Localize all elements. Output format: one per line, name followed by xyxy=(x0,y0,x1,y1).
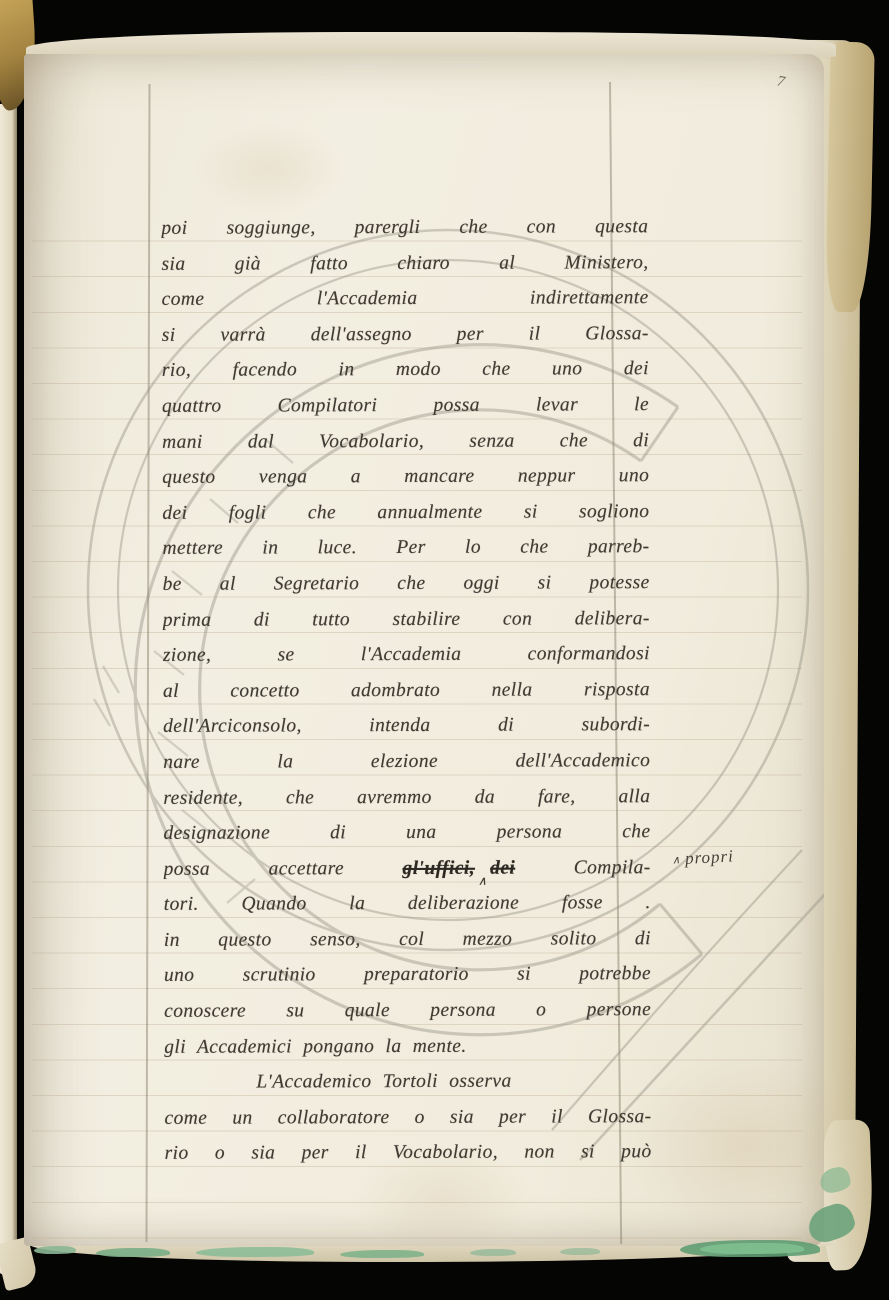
manuscript-page: 7 poi soggiunge, parergli che con questa… xyxy=(24,54,824,1246)
manuscript-line: quattro Compilatori possa levar le xyxy=(162,387,649,424)
manuscript-line: dell'Arciconsolo, intenda di subordi- xyxy=(163,707,650,744)
manuscript-line: si varrà dell'assegno per il Glossa- xyxy=(162,316,649,353)
manuscript-line: poi soggiunge, parergli che con questa xyxy=(161,209,648,246)
manuscript-text: possa accettare xyxy=(164,858,403,880)
underlying-pages-edge xyxy=(825,42,875,313)
manuscript-line: rio o sia per il Vocabolario, non si può xyxy=(165,1135,652,1172)
manuscript-line: in questo senso, col mezzo solito di xyxy=(164,921,651,958)
manuscript-line: zione, se l'Accademia conformandosi xyxy=(163,636,650,673)
insertion-caret-icon: ∧ xyxy=(478,863,487,887)
manuscript-line: tori. Quando la deliberazione fosse . xyxy=(164,885,651,922)
manuscript-line: gli Accademici pongano la mente. xyxy=(164,1028,651,1065)
manuscript-scan: 7 poi soggiunge, parergli che con questa… xyxy=(0,0,889,1300)
manuscript-line: nare la elezione dell'Accademico xyxy=(163,743,650,780)
manuscript-line: rio, facendo in modo che uno dei xyxy=(162,352,649,389)
manuscript-line: mani dal Vocabolario, senza che di xyxy=(162,423,649,460)
manuscript-line: conoscere su quale persona o persone xyxy=(164,992,651,1029)
insertion-caret-icon: ∧ xyxy=(672,854,681,866)
underlying-pages-edge xyxy=(821,1119,874,1271)
manuscript-text: Compila- xyxy=(515,857,650,878)
manuscript-line: designazione di una persona che xyxy=(163,814,650,851)
manuscript-line: mettere in luce. Per lo che parreb- xyxy=(162,529,649,566)
green-edge-tint xyxy=(700,1243,804,1254)
struck-text: dei xyxy=(490,857,515,878)
struck-text: gl'uffici, xyxy=(403,857,476,878)
manuscript-line: al concetto adombrato nella risposta xyxy=(163,672,650,709)
green-edge-tint xyxy=(96,1248,170,1257)
manuscript-line: prima di tutto stabilire con delibera- xyxy=(163,601,650,638)
facing-page-edge xyxy=(0,104,17,1274)
manuscript-line: residente, che avremmo da fare, alla xyxy=(163,779,650,816)
manuscript-line: be al Segretario che oggi si potesse xyxy=(163,565,650,602)
manuscript-line: questo venga a mancare neppur uno xyxy=(162,458,649,495)
green-edge-tint xyxy=(196,1247,314,1257)
manuscript-text-block: poi soggiunge, parergli che con questasi… xyxy=(161,209,651,1172)
green-edge-tint xyxy=(34,1246,76,1254)
manuscript-line: sia già fatto chiaro al Ministero, xyxy=(161,245,648,282)
manuscript-line: come l'Accademia indirettamente xyxy=(162,280,649,317)
manuscript-line: L'Accademico Tortoli osserva xyxy=(164,1063,651,1100)
manuscript-line: uno scrutinio preparatorio si potrebbe xyxy=(164,957,651,994)
manuscript-line: possa accettare gl'uffici,∧dei Compila- xyxy=(164,850,651,887)
green-edge-tint xyxy=(470,1249,516,1256)
margin-note-text: propri xyxy=(685,846,735,868)
manuscript-line: dei fogli che annualmente si sogliono xyxy=(162,494,649,531)
green-edge-tint xyxy=(340,1250,424,1258)
margin-note: ∧propri xyxy=(672,846,735,869)
green-edge-tint xyxy=(560,1248,600,1255)
manuscript-line: come un collaboratore o sia per il Gloss… xyxy=(164,1099,651,1136)
